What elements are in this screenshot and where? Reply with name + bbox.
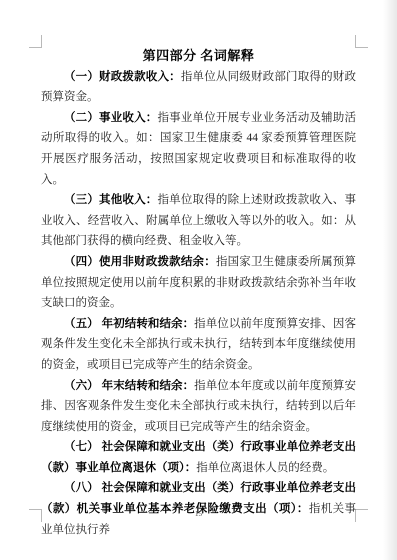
page-edge-shadow [383,0,397,560]
term-label: （六） 年末结转和结余： [64,380,194,392]
term-definition: 指单位离退休人员的经费。 [196,462,334,474]
term-label: （五） 年初结转和结余： [64,318,194,330]
page-number: 15 [0,510,397,518]
document-page: 第四部分 名词解释 （一）财政拨款收入：指单位从同级财政部门取得的财政预算资金。… [0,0,397,560]
definition-paragraph: （四）使用非财政拨款结余：指国家卫生健康委所属预算单位按照规定使用以前年度积累的… [41,252,356,314]
term-label: （一）财政拨款收入： [64,71,181,83]
definition-paragraph: （六） 年末结转和结余：指单位本年度或以前年度预算安排、因客观条件发生变化未全部… [41,376,356,438]
term-label: （四）使用非财政拨款结余： [64,256,216,268]
definition-paragraph: （五） 年初结转和结余：指单位以前年度预算安排、因客观条件发生变化未全部执行或未… [41,314,356,376]
document-title: 第四部分 名词解释 [41,46,356,67]
margin-crop-mark-top-right [355,35,368,48]
definition-paragraph: （一）财政拨款收入：指单位从同级财政部门取得的财政预算资金。 [41,67,356,108]
term-label: （二）事业收入： [64,112,158,124]
definition-paragraph: （三）其他收入：指单位取得的除上述财政拨款收入、事业收入、经营收入、附属单位上缴… [41,190,356,252]
document-body: 第四部分 名词解释 （一）财政拨款收入：指单位从同级财政部门取得的财政预算资金。… [41,46,356,540]
definition-paragraph: （七） 社会保障和就业支出（类）行政事业单位养老支出（款）事业单位离退休（项）：… [41,437,356,478]
term-label: （三）其他收入： [64,194,158,206]
definition-paragraph: （二）事业收入：指事业单位开展专业业务活动及辅助活动所取得的收入。如：国家卫生健… [41,108,356,190]
